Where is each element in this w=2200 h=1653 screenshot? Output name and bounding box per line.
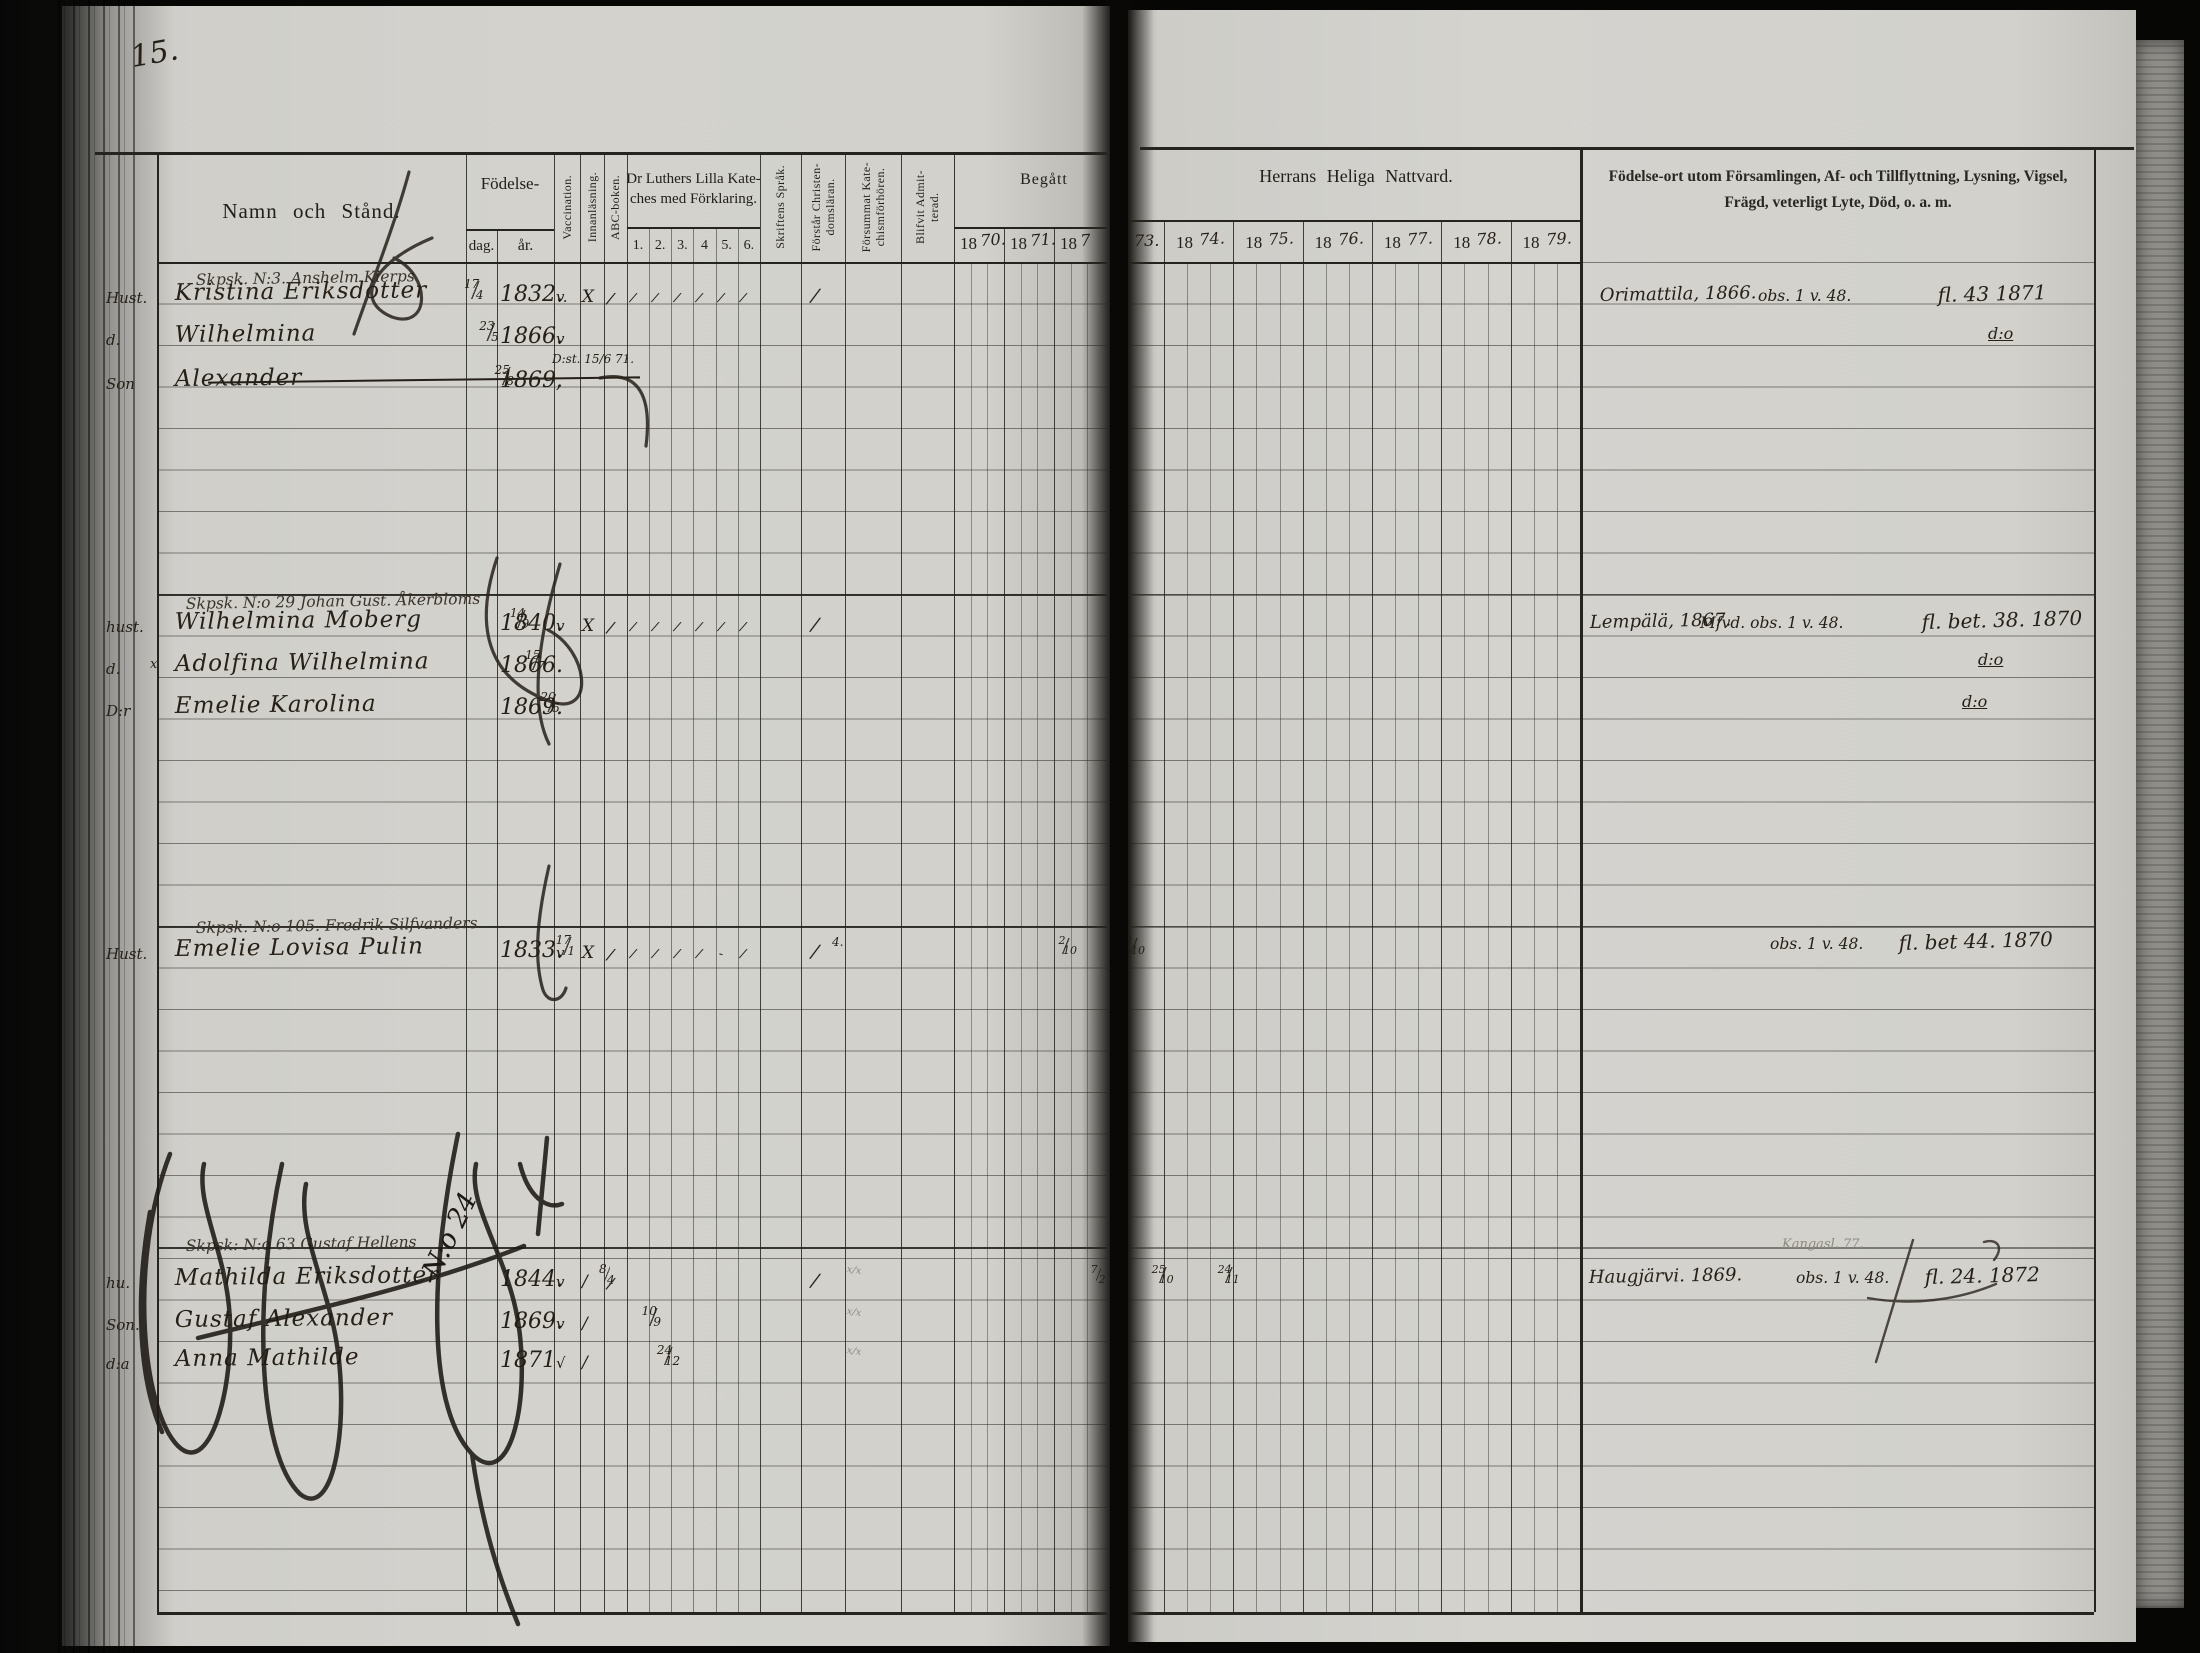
- note-mid: obs. 1 v. 48.: [1758, 287, 1851, 305]
- mark-extra-note: D:st. 15/6 71.: [552, 352, 634, 366]
- row-margin-label: hust.: [106, 618, 144, 636]
- note-flytt: fl. bet 44. 1870: [1898, 927, 2053, 955]
- row-birth-year: 1869.: [500, 368, 563, 393]
- katekes-col-number: 6.: [738, 229, 760, 262]
- begatt-split-line: [954, 227, 1107, 229]
- mark-innanlasning: X: [582, 287, 594, 307]
- mark-begatt-1870: 72: [1095, 1265, 1102, 1285]
- katekes-col-number: 4: [694, 229, 716, 262]
- row-margin-label: hu.: [106, 1274, 130, 1292]
- mark-vaccination: v: [556, 1315, 564, 1333]
- nattvard-year-prefix: 18: [1315, 233, 1332, 253]
- note-pencil: Kangasl. 77.: [1782, 1237, 1864, 1252]
- frac-numerator: 7: [1091, 1265, 1098, 1275]
- col-header-ar: år.: [497, 231, 554, 261]
- row-margin-label: Hust.: [106, 289, 147, 307]
- katekes-col-number: 2.: [649, 229, 671, 262]
- row-birth-year: 1840.: [500, 611, 563, 636]
- mark-vaccination: v: [556, 944, 564, 962]
- mark-begatt-1871: 2510: [1156, 1265, 1170, 1285]
- annotation-line1: Födelse-ort utom Församlingen, Af- och T…: [1609, 164, 2068, 190]
- forstar-label: Förstår Christen- domsläran.: [809, 163, 837, 251]
- frac-denominator: 10: [1063, 946, 1077, 956]
- row-margin-label: Son: [106, 375, 135, 393]
- row-margin-label: D:r: [106, 702, 130, 720]
- frac-denominator: 9: [650, 1317, 665, 1328]
- row-birth-year: 1871: [500, 1348, 556, 1373]
- row-margin-label: d.: [106, 660, 120, 678]
- katekes-col-number: 1.: [627, 229, 649, 262]
- nattvard-year-prefix: 18: [1245, 233, 1262, 253]
- katekes-col-number: 5.: [716, 229, 738, 262]
- note-ditto: d:o: [1978, 650, 2003, 669]
- nattvard-year-suffix: 78.: [1476, 228, 1503, 249]
- mark-innanlasning: X: [582, 943, 594, 963]
- note-mid: obs. 1 v. 48.: [1796, 1269, 1889, 1287]
- begatt-year-prefix: 18: [960, 234, 977, 254]
- row-name: Anna Mathilde: [175, 1344, 360, 1372]
- table-bottom-right: [1130, 1612, 2094, 1615]
- row-name: Mathilda Eriksdotter: [175, 1262, 440, 1291]
- note-place: Orimattila, 1866.: [1600, 282, 1757, 306]
- note-ditto: d:o: [1988, 324, 2013, 343]
- fodelse-label: Födelse-: [481, 174, 540, 194]
- mark-begatt-1871: 110: [1127, 936, 1141, 956]
- vaccination-label: Vaccination.: [560, 175, 574, 239]
- col-header-nattvard: Herrans Heliga Nattvard.: [1130, 156, 1582, 196]
- katekes-line1: Dr Luthers Lilla Kate-: [626, 169, 761, 189]
- skriftens-label: Skriftens Språk.: [773, 165, 787, 249]
- mark-dag: 2412: [661, 1345, 676, 1367]
- mark-vaccination: √: [556, 1354, 566, 1372]
- mark-vaccination: v: [556, 617, 564, 635]
- col-header-begatt: Begått: [984, 162, 1104, 198]
- row-margin-label: d:a: [106, 1355, 130, 1373]
- mark-forstar-extra: 4.: [832, 935, 843, 949]
- frac-denominator: 2: [1099, 1275, 1106, 1285]
- mark-dag: 235: [483, 321, 498, 343]
- nattvard-years-top: [1130, 220, 1582, 222]
- col-header-namn: Namn och Stånd.: [157, 165, 466, 257]
- dag-label: dag.: [469, 238, 494, 255]
- row-premark: x: [150, 657, 157, 672]
- begatt-year-prefix: 18: [1060, 234, 1077, 254]
- row-birth-year: 1844.: [500, 1267, 563, 1292]
- frac-denominator: 12: [665, 1356, 680, 1367]
- col-header-abc: ABC-boken.: [604, 154, 627, 260]
- row-name: Wilhelmina Moberg: [175, 606, 422, 635]
- mark-vaccination: ,: [556, 374, 561, 392]
- frac-numerator: 8: [599, 1264, 607, 1275]
- col-header-annotation: Födelse-ort utom Församlingen, Af- och T…: [1582, 152, 2094, 228]
- note-flytt: fl. bet. 38. 1870: [1921, 606, 2082, 634]
- innanlasning-label: Innanläsning.: [585, 172, 599, 242]
- col-header-blifvit: Blifvit Admit- terad.: [901, 154, 954, 260]
- row-birth-year: 1866.: [500, 324, 563, 349]
- row-name: Emelie Karolina: [175, 691, 377, 719]
- col-header-innanlasning: Innanläsning.: [580, 154, 604, 260]
- row-name: Kristina Eriksdotter: [175, 277, 428, 306]
- begatt-year-prefix: 18: [1010, 234, 1027, 254]
- mark-innanlasning: /: [582, 1272, 588, 1292]
- note-flytt: fl. 24. 1872: [1924, 1262, 2040, 1289]
- row-name: Adolfina Wilhelmina: [175, 648, 430, 677]
- nattvard-label: Herrans Heliga Nattvard.: [1259, 166, 1452, 187]
- col-header-katekes: Dr Luthers Lilla Kate- ches med Förklari…: [627, 156, 760, 222]
- table-bottom-left: [157, 1612, 1107, 1615]
- nattvard-year-suffix: 75.: [1268, 228, 1295, 249]
- mark-innanlasning: /: [582, 1353, 588, 1373]
- katekes-col-number: 3.: [671, 229, 693, 262]
- mark-vaccination: v: [556, 1273, 564, 1291]
- row-name: Emelie Lovisa Pulin: [175, 933, 424, 962]
- mark-pencil: x/x: [846, 1264, 862, 1277]
- namn-label: Namn och Stånd.: [222, 199, 400, 224]
- row-birth-year: 1869.: [500, 1309, 563, 1334]
- forsummat-label: Försummat Kate- chismförhören.: [859, 162, 887, 252]
- right-stack-striations: [2136, 40, 2184, 1608]
- annotation-line2: Frägd, veterligt Lyte, Död, o. a. m.: [1724, 190, 1951, 216]
- row-margin-label: Son.: [106, 1316, 140, 1334]
- nattvard-year-prefix: 18: [1384, 233, 1401, 253]
- begatt-year-suffix: 7: [1080, 230, 1091, 250]
- mark-begatt-1870: 210: [1059, 936, 1073, 956]
- group-separator: [1130, 1247, 2094, 1249]
- frac-denominator: 10: [1131, 946, 1145, 956]
- mark-dag: 174: [468, 279, 483, 301]
- nattvard-year-prefix: 18: [1523, 233, 1540, 253]
- mark-dag: 109: [646, 1306, 661, 1328]
- col-header-forsummat: Försummat Kate- chismförhören.: [845, 154, 901, 260]
- mark-begatt-1872: 2411: [1222, 1265, 1236, 1285]
- row-birth-year: 1869.: [500, 695, 563, 720]
- begatt-year-suffix: 71.: [1030, 229, 1057, 250]
- abc-label: ABC-boken.: [608, 175, 622, 240]
- frac-denominator: 11: [1226, 1275, 1240, 1285]
- mark-pencil: x/x: [846, 1306, 862, 1319]
- nattvard-year-partial: 73.: [1134, 231, 1159, 250]
- row-birth-year: 1866.: [500, 653, 563, 678]
- begatt-label: Begått: [1020, 171, 1068, 189]
- row-name: Wilhelmina: [175, 321, 317, 348]
- mark-vaccination: v.: [556, 288, 567, 306]
- nattvard-year-suffix: 74.: [1199, 228, 1226, 249]
- begatt-year-suffix: 70.: [980, 229, 1007, 250]
- table-right-border: [2094, 147, 2096, 1612]
- col-header-skriftens: Skriftens Språk.: [760, 154, 801, 260]
- frac-denominator: 1: [564, 946, 579, 957]
- frac-denominator: 4: [472, 290, 487, 301]
- scanned-ledger-page: Namn och Stånd. Födelse- dag. år. Vaccin…: [0, 0, 2200, 1653]
- mark-innanlasning: /: [582, 1314, 588, 1334]
- frac-denominator: 10: [1160, 1275, 1174, 1285]
- col-header-forstar: Förstår Christen- domsläran.: [801, 154, 845, 260]
- left-edge-streaks: [58, 0, 138, 1653]
- mark-vaccination: v: [556, 330, 564, 348]
- nattvard-year-prefix: 18: [1453, 233, 1470, 253]
- blifvit-label: Blifvit Admit- terad.: [913, 170, 941, 244]
- group-separator: [1130, 594, 2094, 596]
- note-flytt: fl. 43 1871: [1937, 280, 2046, 307]
- mark-innanlasning: X: [582, 616, 594, 636]
- note-mid: Mfvd. obs. 1 v. 48.: [1700, 614, 1843, 632]
- row-birth-year: 1833.: [500, 938, 563, 963]
- note-ditto: d:o: [1962, 692, 1987, 711]
- top-rule-right: [1140, 147, 2134, 150]
- nattvard-year-suffix: 76.: [1337, 228, 1364, 249]
- katekes-line2: ches med Förklaring.: [630, 189, 757, 209]
- nattvard-year-suffix: 79.: [1545, 228, 1572, 249]
- col-header-dag: dag.: [466, 231, 497, 261]
- row-birth-year: 1832.: [500, 282, 563, 307]
- note-mid: obs. 1 v. 48.: [1770, 935, 1863, 953]
- col-header-fodelse: Födelse-: [466, 162, 554, 206]
- nattvard-year-suffix: 77.: [1407, 228, 1434, 249]
- row-margin-label: Hust.: [106, 945, 147, 963]
- mark-pencil: x/x: [846, 1345, 862, 1358]
- row-name: Gustaf Alexander: [175, 1305, 393, 1333]
- col-header-vaccination: Vaccination.: [554, 154, 580, 260]
- ar-label: år.: [518, 237, 534, 255]
- note-place: Haugjärvi. 1869.: [1589, 1264, 1743, 1288]
- group-separator: [1130, 926, 2094, 928]
- row-margin-label: d.: [106, 331, 120, 349]
- row-name: Alexander: [175, 365, 303, 392]
- nattvard-year-prefix: 18: [1176, 233, 1193, 253]
